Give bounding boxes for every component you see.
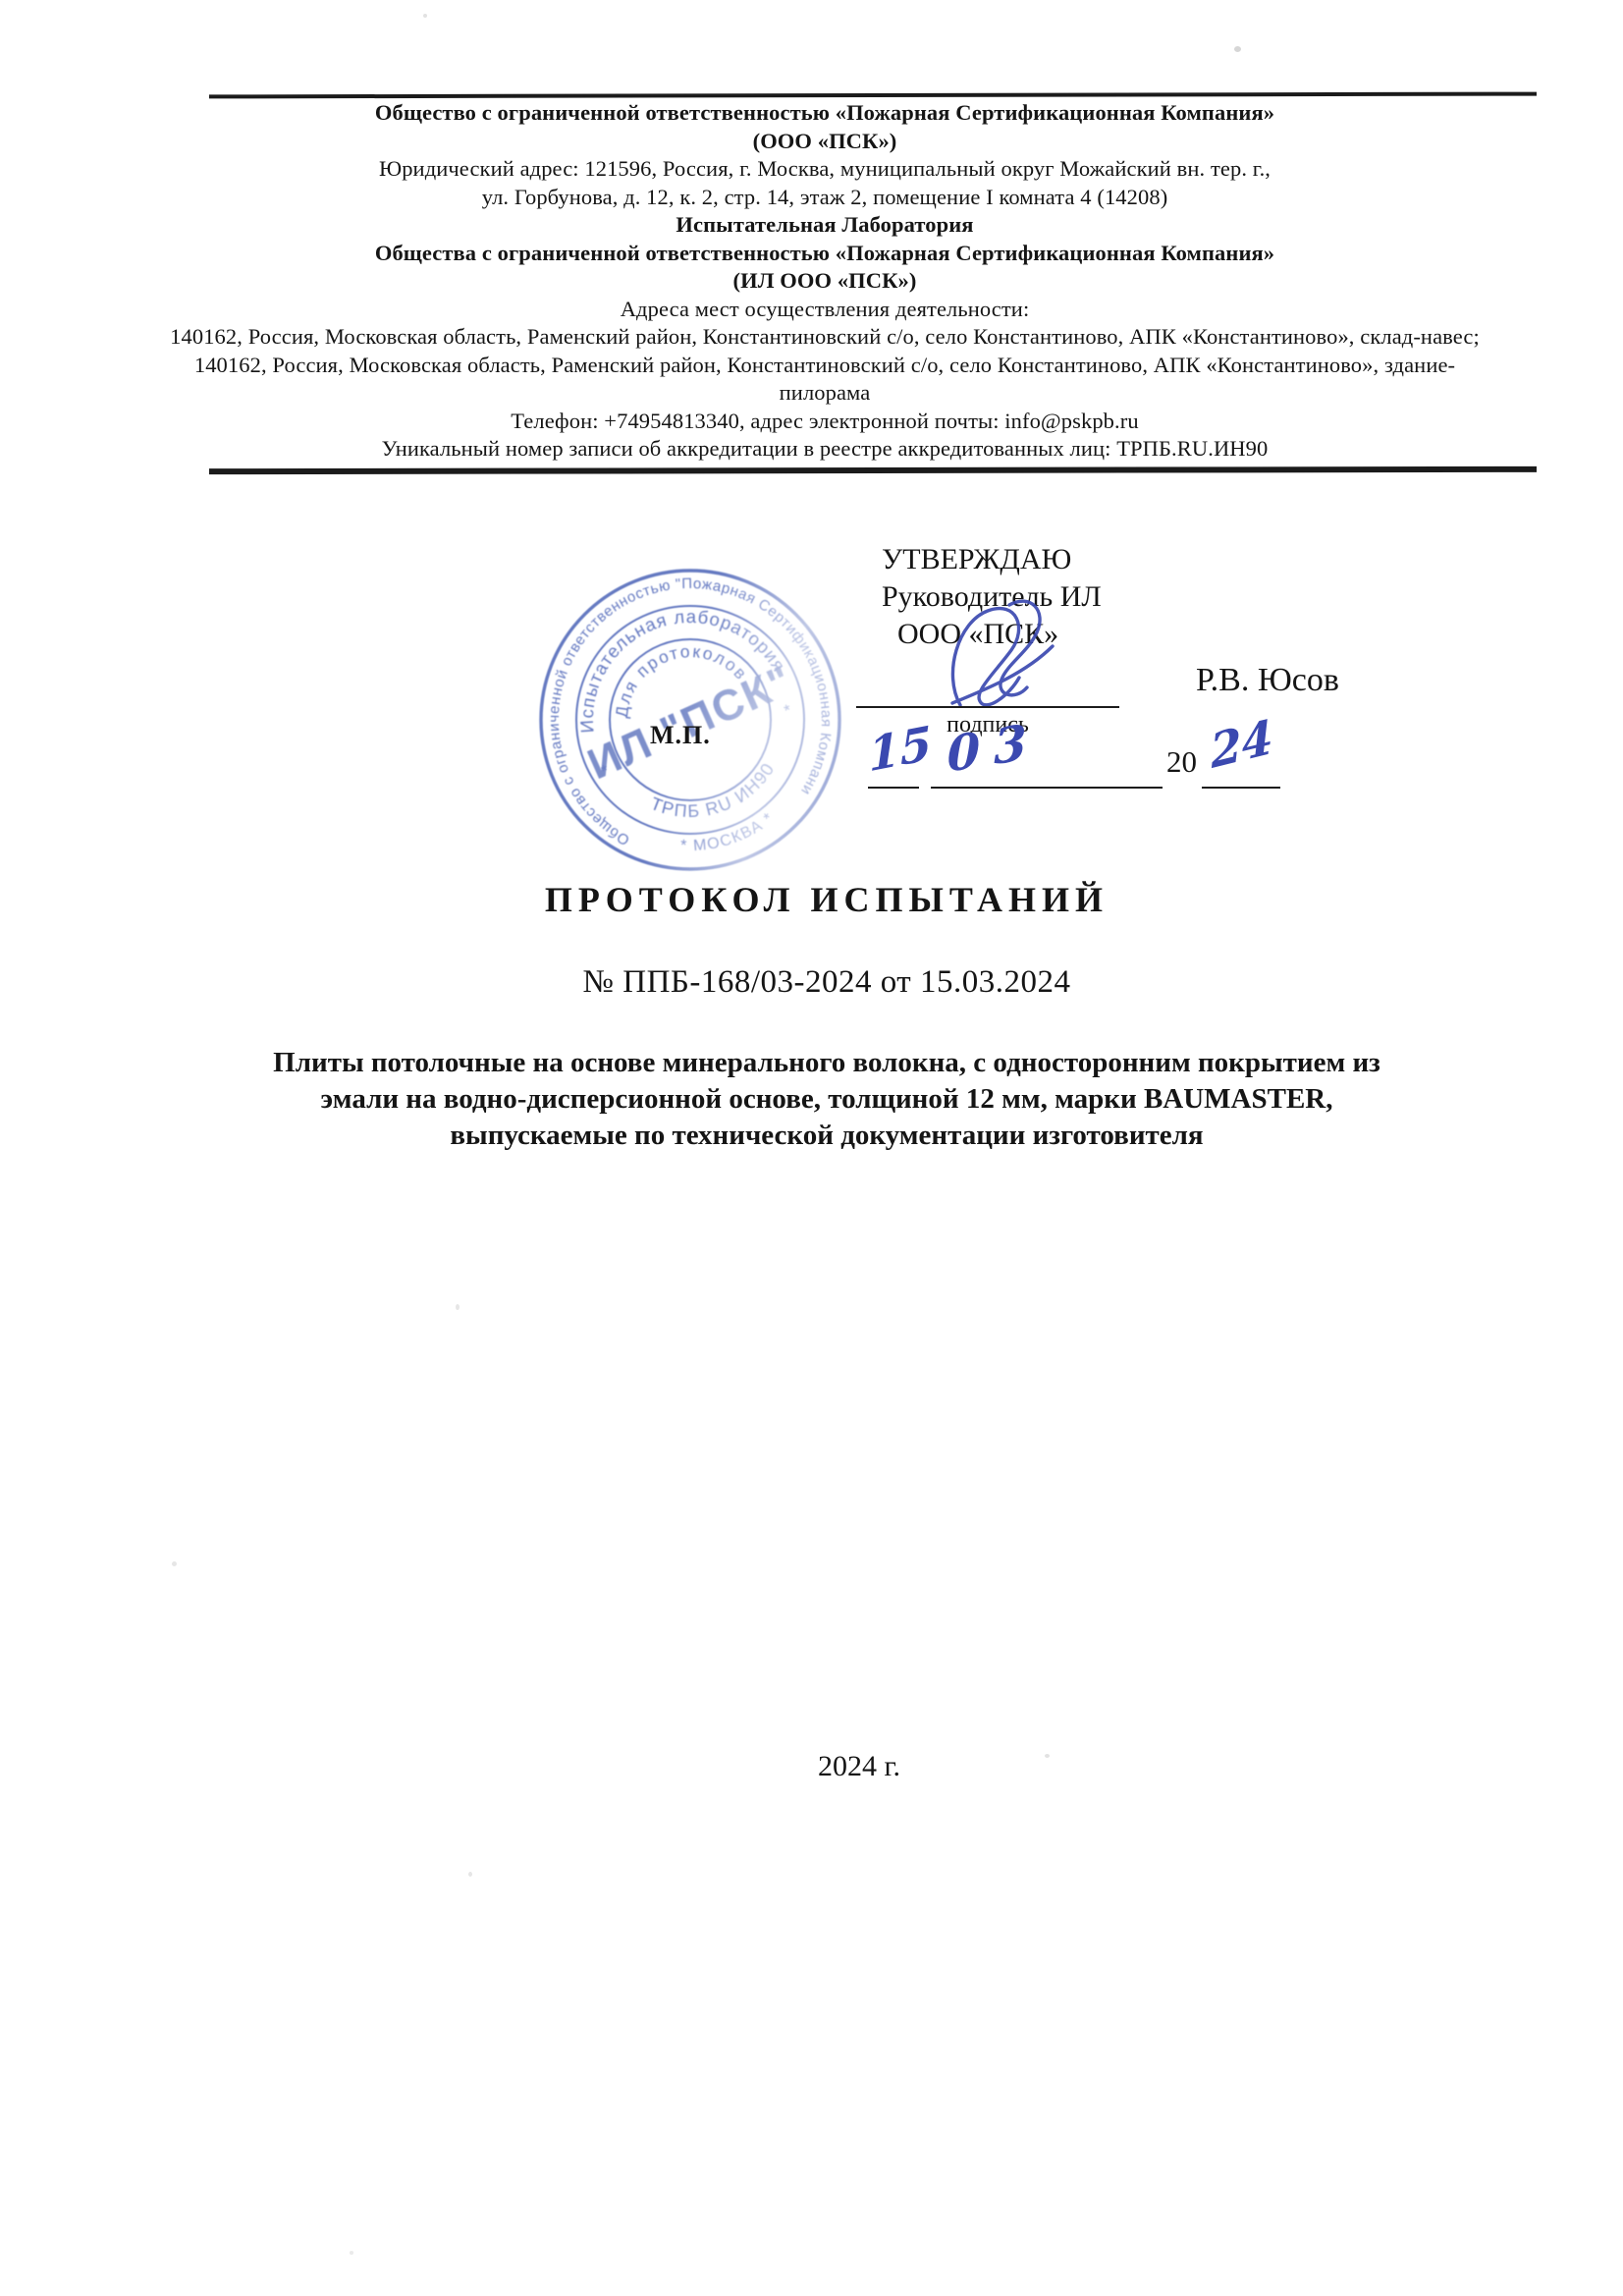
letterhead-line: Телефон: +74954813340, адрес электронной… (137, 408, 1512, 436)
signature-stroke (1001, 601, 1040, 695)
seal-place-mark: М.П. (650, 721, 711, 750)
document-page: Общество с ограниченной ответственностью… (0, 0, 1623, 2296)
letterhead: Общество с ограниченной ответственностью… (137, 99, 1512, 464)
printed-year-prefix: 20 (1166, 744, 1197, 780)
scan-speck (423, 14, 427, 18)
scan-speck (1045, 1754, 1050, 1758)
scan-speck (456, 1304, 460, 1310)
letterhead-line: (ООО «ПСК») (137, 128, 1512, 156)
date-year-line (1202, 787, 1280, 789)
letterhead-line: Юридический адрес: 121596, Россия, г. Мо… (137, 155, 1512, 184)
date-month-line (931, 787, 1163, 789)
letterhead-line: 140162, Россия, Московская область, Раме… (137, 323, 1512, 352)
letterhead-line: Общества с ограниченной ответственностью… (137, 240, 1512, 268)
protocol-subject-text: Плиты потолочные на основе минерального … (252, 1045, 1401, 1154)
letterhead-line: (ИЛ ООО «ПСК») (137, 267, 1512, 296)
scan-speck (350, 2251, 353, 2255)
signature-ink (931, 587, 1058, 720)
letterhead-line: Уникальный номер записи об аккредитации … (137, 435, 1512, 464)
signature-line (856, 706, 1119, 708)
protocol-title: ПРОТОКОЛ ИСПЫТАНИЙ (169, 879, 1485, 920)
protocol-subject: Плиты потолочные на основе минерального … (169, 1045, 1485, 1154)
letterhead-line: Адреса мест осуществления деятельности: (137, 296, 1512, 324)
header-bottom-rule (209, 466, 1537, 474)
scan-speck (468, 1872, 472, 1877)
scan-speck (1234, 46, 1241, 52)
protocol-number: № ППБ-168/03-2024 от 15.03.2024 (169, 964, 1485, 1001)
approver-name: Р.В. Юсов (1196, 662, 1339, 699)
date-day-line (868, 787, 919, 789)
approve-word: УТВЕРЖДАЮ (882, 541, 1102, 578)
document-year: 2024 г. (226, 1750, 1492, 1783)
letterhead-line: ул. Горбунова, д. 12, к. 2, стр. 14, эта… (137, 184, 1512, 212)
letterhead-line: Общество с ограниченной ответственностью… (137, 99, 1512, 128)
handwritten-year: 24 (1209, 710, 1274, 781)
round-stamp: Общество с ограниченной ответственностью… (528, 558, 852, 882)
letterhead-line: 140162, Россия, Московская область, Раме… (137, 352, 1512, 380)
scan-speck (172, 1561, 177, 1566)
letterhead-line: Испытательная Лаборатория (137, 211, 1512, 240)
handwritten-day: 15 (868, 716, 933, 783)
letterhead-line: пилорама (137, 379, 1512, 408)
header-top-rule (209, 92, 1537, 99)
